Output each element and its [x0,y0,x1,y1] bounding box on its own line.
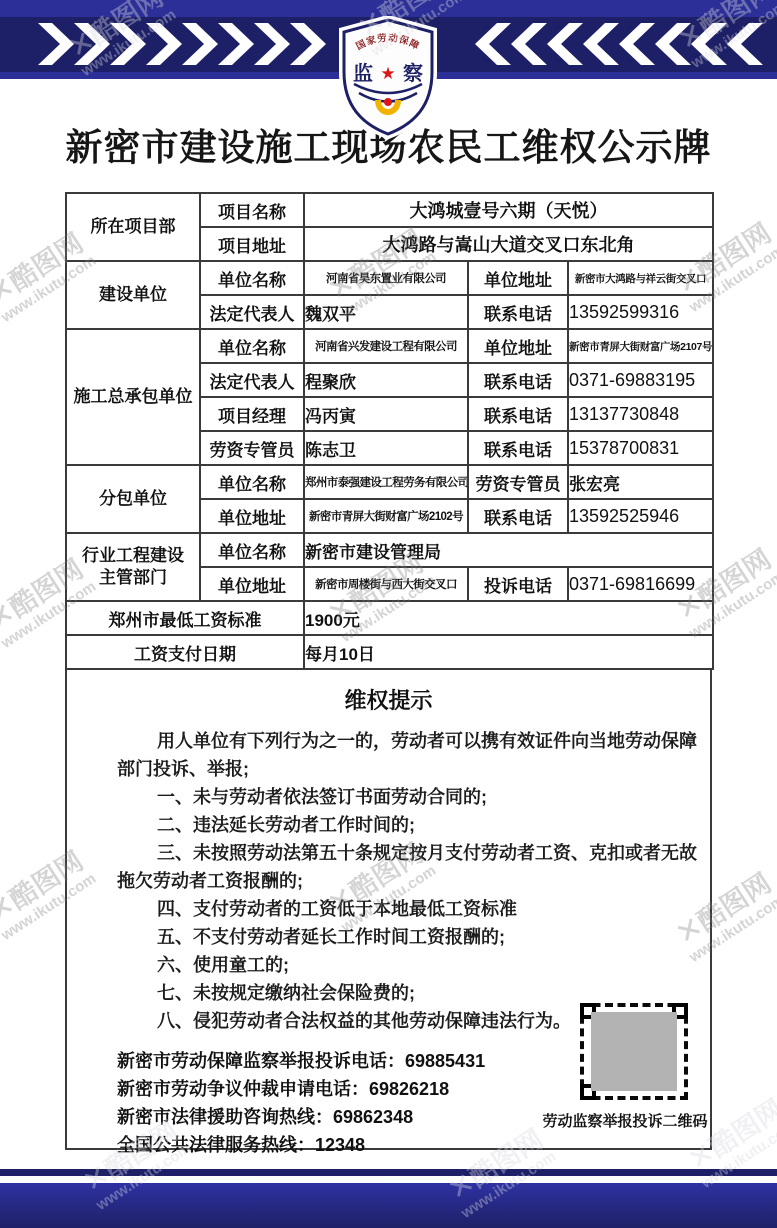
notice-title: 维权提示 [67,670,710,715]
qr-redaction-overlay [591,1012,677,1091]
value-cell: 新密市青屏大街财富广场2107号 [568,329,713,363]
field-label-cell: 项目经理 [200,397,304,431]
field-label-cell: 单位名称 [200,533,304,567]
notice-item: 二、违法延长劳动者工作时间的; [117,811,700,839]
field-label-cell: 单位名称 [200,261,304,295]
value-cell: 河南省昊东置业有限公司 [304,261,468,295]
group-cell-project: 所在项目部 [66,193,200,261]
field-label-cell: 单位名称 [200,329,304,363]
value-cell: 陈志卫 [304,431,468,465]
notice-body: 用人单位有下列行为之一的，劳动者可以携有效证件向当地劳动保障部门投诉、举报; 一… [117,727,700,1035]
field-label-cell: 法定代表人 [200,295,304,329]
value-cell: 新密市周楼街与西大街交叉口 [304,567,468,601]
notice-item: 四、支付劳动者的工资低于本地最低工资标准 [117,895,700,923]
field-label-cell: 联系电话 [468,363,568,397]
info-board: 所在项目部 项目名称 大鸿城壹号六期（天悦） 项目地址 大鸿路与嵩山大道交叉口东… [65,192,712,1150]
value-cell: 程聚欣 [304,363,468,397]
qr-code [580,1003,688,1100]
field-label-cell: 单位地址 [468,329,568,363]
value-cell: 13592599316 [568,295,713,329]
footer-stripe-navy [0,1169,777,1176]
value-cell: 大鸿城壹号六期（天悦） [304,193,713,227]
hotline-item: 全国公共法律服务热线：12348 [117,1131,700,1159]
table-row: 郑州市最低工资标准 1900元 [66,601,713,635]
value-cell: 冯丙寅 [304,397,468,431]
notice-item: 六、使用童工的; [117,951,700,979]
field-label-cell: 投诉电话 [468,567,568,601]
table-row: 分包单位 单位名称 郑州市泰强建设工程劳务有限公司 劳资专管员 张宏亮 [66,465,713,499]
ikutu-logo-icon: ✕ [0,888,21,929]
min-wage-value-cell: 1900元 [304,601,713,635]
labor-supervision-badge-icon: 国家劳动保障 监 ★ 察 [338,16,438,140]
field-label-cell: 单位地址 [200,567,304,601]
field-label-cell: 联系电话 [468,431,568,465]
footer-stripe-white [0,1176,777,1183]
group-cell-subcontractor: 分包单位 [66,465,200,533]
notice-item: 五、不支付劳动者延长工作时间工资报酬的; [117,923,700,951]
field-label-cell: 劳资专管员 [468,465,568,499]
table-row: 工资支付日期 每月10日 [66,635,713,669]
field-label-cell: 项目地址 [200,227,304,261]
table-row: 所在项目部 项目名称 大鸿城壹号六期（天悦） [66,193,713,227]
group-cell-contractor: 施工总承包单位 [66,329,200,465]
value-cell: 新密市建设管理局 [304,533,713,567]
ikutu-logo-icon: ✕ [0,270,21,311]
badge-star-icon: ★ [380,64,395,83]
notice-item: 一、未与劳动者依法签订书面劳动合同的; [117,783,700,811]
field-label-cell: 单位名称 [200,465,304,499]
value-cell: 0371-69883195 [568,363,713,397]
table-row: 施工总承包单位 单位名称 河南省兴发建设工程有限公司 单位地址 新密市青屏大街财… [66,329,713,363]
field-label-cell: 联系电话 [468,397,568,431]
pay-date-value-cell: 每月10日 [304,635,713,669]
value-cell: 大鸿路与嵩山大道交叉口东北角 [304,227,713,261]
chevrons-left-icon [475,23,763,65]
table-row: 行业工程建设 主管部门 单位名称 新密市建设管理局 [66,533,713,567]
field-label-cell: 法定代表人 [200,363,304,397]
footer-band [0,1183,777,1228]
field-label-cell: 项目名称 [200,193,304,227]
notice-item: 三、未按照劳动法第五十条规定按月支付劳动者工资、克扣或者无故拖欠劳动者工资报酬的… [117,839,700,895]
notice-intro: 用人单位有下列行为之一的，劳动者可以携有效证件向当地劳动保障部门投诉、举报; [117,727,700,783]
field-label-cell: 劳资专管员 [200,431,304,465]
value-cell: 河南省兴发建设工程有限公司 [304,329,468,363]
group-cell-developer: 建设单位 [66,261,200,329]
value-cell: 张宏亮 [568,465,713,499]
field-label-cell: 联系电话 [468,499,568,533]
value-cell: 0371-69816699 [568,567,713,601]
min-wage-label-cell: 郑州市最低工资标准 [66,601,304,635]
table-row: 建设单位 单位名称 河南省昊东置业有限公司 单位地址 新密市大鸿路与祥云街交叉口 [66,261,713,295]
field-label-cell: 联系电话 [468,295,568,329]
badge-cha-char: 察 [403,61,423,85]
badge-jian-char: 监 [353,61,373,85]
value-cell: 13592525946 [568,499,713,533]
field-label-cell: 单位地址 [468,261,568,295]
value-cell: 新密市青屏大街财富广场2102号 [304,499,468,533]
value-cell: 13137730848 [568,397,713,431]
pay-date-label-cell: 工资支付日期 [66,635,304,669]
value-cell: 新密市大鸿路与祥云街交叉口 [568,261,713,295]
value-cell: 魏双平 [304,295,468,329]
chevrons-right-icon [38,23,326,65]
project-info-table: 所在项目部 项目名称 大鸿城壹号六期（天悦） 项目地址 大鸿路与嵩山大道交叉口东… [65,192,714,670]
value-cell: 15378700831 [568,431,713,465]
ikutu-logo-icon: ✕ [0,596,21,637]
poster-page: 国家劳动保障 监 ★ 察 新密市建设施工现场农民工维权公示牌 所在项目部 项目名… [0,0,777,1228]
value-cell: 郑州市泰强建设工程劳务有限公司 [304,465,468,499]
field-label-cell: 单位地址 [200,499,304,533]
rights-notice-box: 维权提示 用人单位有下列行为之一的，劳动者可以携有效证件向当地劳动保障部门投诉、… [65,670,712,1150]
qr-caption: 劳动监察举报投诉二维码 [540,1110,710,1131]
group-cell-authority: 行业工程建设 主管部门 [66,533,200,601]
